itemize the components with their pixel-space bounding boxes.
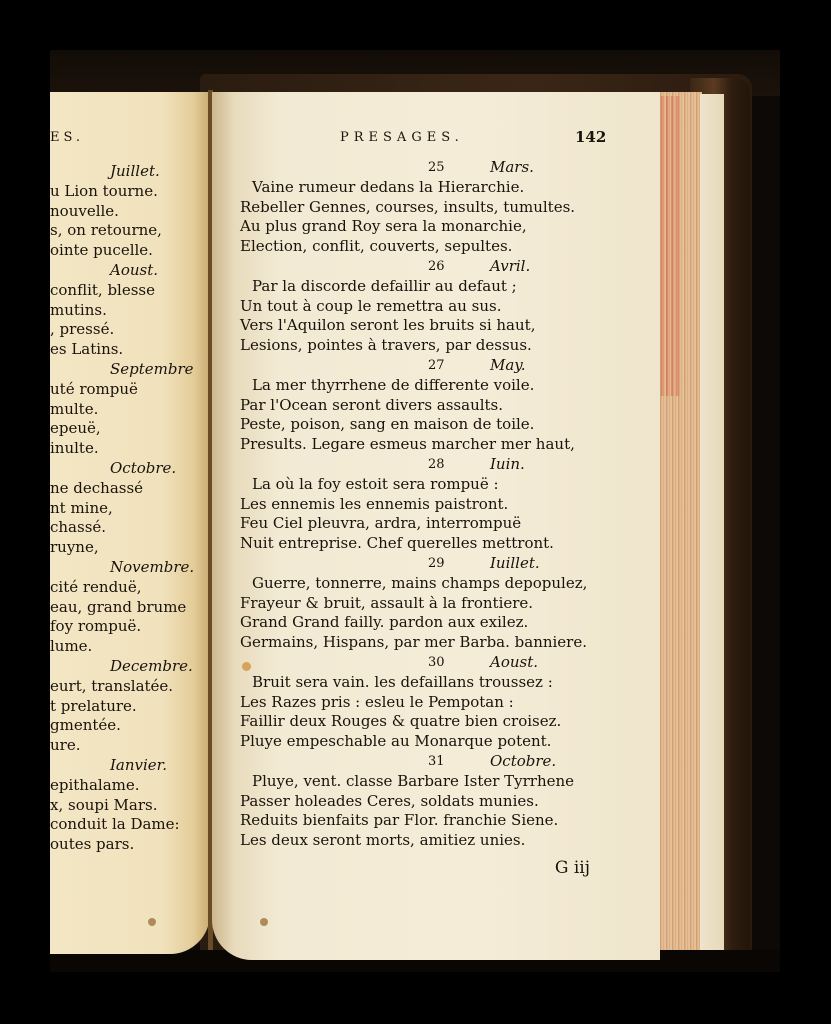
verse-line: Election, conflit, couverts, sepultes. xyxy=(240,237,660,257)
verse-line: lume. xyxy=(50,637,210,657)
verse-line: inulte. xyxy=(50,439,210,459)
month-heading: Juillet. xyxy=(110,162,160,182)
verse-line: Les ennemis les ennemis paistront. xyxy=(240,495,660,515)
quatrain-number: 28 xyxy=(428,455,445,475)
verse-line: Nuit entreprise. Chef querelles mettront… xyxy=(240,534,660,554)
month-heading: Mars. xyxy=(490,158,534,178)
quatrain: 29Iuillet. Guerre, tonnerre, mains champ… xyxy=(240,554,660,653)
verse-line: ointe pucelle. xyxy=(50,241,210,261)
verse-line: conduit la Dame: xyxy=(50,815,210,835)
left-section: Novembre. cité renduë, eau, grand brume … xyxy=(50,558,210,657)
verse-line: Presults. Legare esmeus marcher mer haut… xyxy=(240,435,660,455)
verse-line: Faillir deux Rouges & quatre bien croise… xyxy=(240,712,660,732)
month-heading: Octobre. xyxy=(110,459,176,479)
month-heading: Iuin. xyxy=(490,455,525,475)
verse-line: Passer holeades Ceres, soldats munies. xyxy=(240,792,660,812)
running-head: PRESAGES. xyxy=(340,128,464,148)
verse-line: x, soupi Mars. xyxy=(50,796,210,816)
verse-line: La mer thyrrhene de differente voile. xyxy=(240,376,660,396)
left-section: Ianvier. epithalame. x, soupi Mars. cond… xyxy=(50,756,210,855)
verse-line: mutins. xyxy=(50,301,210,321)
verse-line: Un tout à coup le remettra au sus. xyxy=(240,297,660,317)
verse-line: eau, grand brume xyxy=(50,598,210,618)
verse-line: es Latins. xyxy=(50,340,210,360)
verse-line: nouvelle. xyxy=(50,202,210,222)
left-section: Septembre uté rompuë multe. epeuë, inult… xyxy=(50,360,210,459)
quatrain: 30Aoust. Bruit sera vain. les defaillans… xyxy=(240,653,660,752)
verse-line: Pluye empeschable au Monarque potent. xyxy=(240,732,660,752)
quatrain: 31Octobre. Pluye, vent. classe Barbare I… xyxy=(240,752,660,851)
verse-line: ne dechassé xyxy=(50,479,210,499)
verse-line: u Lion tourne. xyxy=(50,182,210,202)
quatrain-number: 26 xyxy=(428,257,445,277)
quatrain-number: 25 xyxy=(428,158,445,178)
signature-mark: G iij xyxy=(240,859,660,879)
month-heading: Aoust. xyxy=(110,261,158,281)
quatrain-number: 31 xyxy=(428,752,445,772)
month-heading: Novembre. xyxy=(110,558,194,578)
verse-line: Frayeur & bruit, assault à la frontiere. xyxy=(240,594,660,614)
quatrain-number: 27 xyxy=(428,356,445,376)
verse-line: multe. xyxy=(50,400,210,420)
left-page-text: ES. Juillet. u Lion tourne. nouvelle. s,… xyxy=(50,128,210,855)
paper-blemish xyxy=(260,918,268,926)
verse-line: eurt, translatée. xyxy=(50,677,210,697)
verse-line: ruyne, xyxy=(50,538,210,558)
verse-line: Au plus grand Roy sera la monarchie, xyxy=(240,217,660,237)
verse-line: Guerre, tonnerre, mains champs depopulez… xyxy=(240,574,660,594)
month-heading: Septembre xyxy=(110,360,194,380)
verse-line: Reduits bienfaits par Flor. franchie Sie… xyxy=(240,811,660,831)
verse-line: uté rompuë xyxy=(50,380,210,400)
verse-line: ure. xyxy=(50,736,210,756)
verse-line: Peste, poison, sang en maison de toile. xyxy=(240,415,660,435)
verse-line: Pluye, vent. classe Barbare Ister Tyrrhe… xyxy=(240,772,660,792)
quatrain-number: 29 xyxy=(428,554,445,574)
month-heading: Decembre. xyxy=(110,657,193,677)
verse-line: foy rompuë. xyxy=(50,617,210,637)
quatrain: 25Mars. Vaine rumeur dedans la Hierarchi… xyxy=(240,158,660,257)
verse-line: Lesions, pointes à travers, par dessus. xyxy=(240,336,660,356)
quatrain: 28Iuin. La où la foy estoit sera rompuë … xyxy=(240,455,660,554)
verse-line: Vaine rumeur dedans la Hierarchie. xyxy=(240,178,660,198)
verse-line: Grand Grand failly. pardon aux exilez. xyxy=(240,613,660,633)
paper-blemish xyxy=(148,918,156,926)
verse-line: t prelature. xyxy=(50,697,210,717)
verse-line: Bruit sera vain. les defaillans troussez… xyxy=(240,673,660,693)
month-heading: Octobre. xyxy=(490,752,556,772)
verse-line: , pressé. xyxy=(50,320,210,340)
verse-line: epeuë, xyxy=(50,419,210,439)
running-head: ES. xyxy=(50,128,84,148)
month-heading: Iuillet. xyxy=(490,554,540,574)
book-photo: ES. Juillet. u Lion tourne. nouvelle. s,… xyxy=(50,50,780,972)
verse-line: epithalame. xyxy=(50,776,210,796)
verse-line: outes pars. xyxy=(50,835,210,855)
verse-line: nt mine, xyxy=(50,499,210,519)
month-heading: Ianvier. xyxy=(110,756,167,776)
verse-line: cité renduë, xyxy=(50,578,210,598)
left-section: Juillet. u Lion tourne. nouvelle. s, on … xyxy=(50,162,210,261)
month-heading: Avril. xyxy=(490,257,530,277)
left-section: Octobre. ne dechassé nt mine, chassé. ru… xyxy=(50,459,210,558)
page-tail xyxy=(700,94,724,956)
verse-line: Feu Ciel pleuvra, ardra, interrompuë xyxy=(240,514,660,534)
quatrain-number: 30 xyxy=(428,653,445,673)
verse-line: Par l'Ocean seront divers assaults. xyxy=(240,396,660,416)
quatrain: 26Avril. Par la discorde defaillir au de… xyxy=(240,257,660,356)
verse-line: gmentée. xyxy=(50,716,210,736)
left-section: Aoust. conflit, blesse mutins. , pressé.… xyxy=(50,261,210,360)
page-number: 142 xyxy=(575,128,606,148)
right-page-text: PRESAGES. 142 25Mars. Vaine rumeur dedan… xyxy=(240,128,660,879)
left-section: Decembre. eurt, translatée. t prelature.… xyxy=(50,657,210,756)
verse-line: Rebeller Gennes, courses, insults, tumul… xyxy=(240,198,660,218)
month-heading: Aoust. xyxy=(490,653,538,673)
quatrain: 27May. La mer thyrrhene de differente vo… xyxy=(240,356,660,455)
verse-line: chassé. xyxy=(50,518,210,538)
verse-line: Vers l'Aquilon seront les bruits si haut… xyxy=(240,316,660,336)
verse-line: La où la foy estoit sera rompuë : xyxy=(240,475,660,495)
verse-line: Les Razes pris : esleu le Pempotan : xyxy=(240,693,660,713)
verse-line: conflit, blesse xyxy=(50,281,210,301)
verse-line: Germains, Hispans, par mer Barba. bannie… xyxy=(240,633,660,653)
verse-line: Les deux seront morts, amitiez unies. xyxy=(240,831,660,851)
verse-line: s, on retourne, xyxy=(50,221,210,241)
verse-line: Par la discorde defaillir au defaut ; xyxy=(240,277,660,297)
month-heading: May. xyxy=(490,356,526,376)
